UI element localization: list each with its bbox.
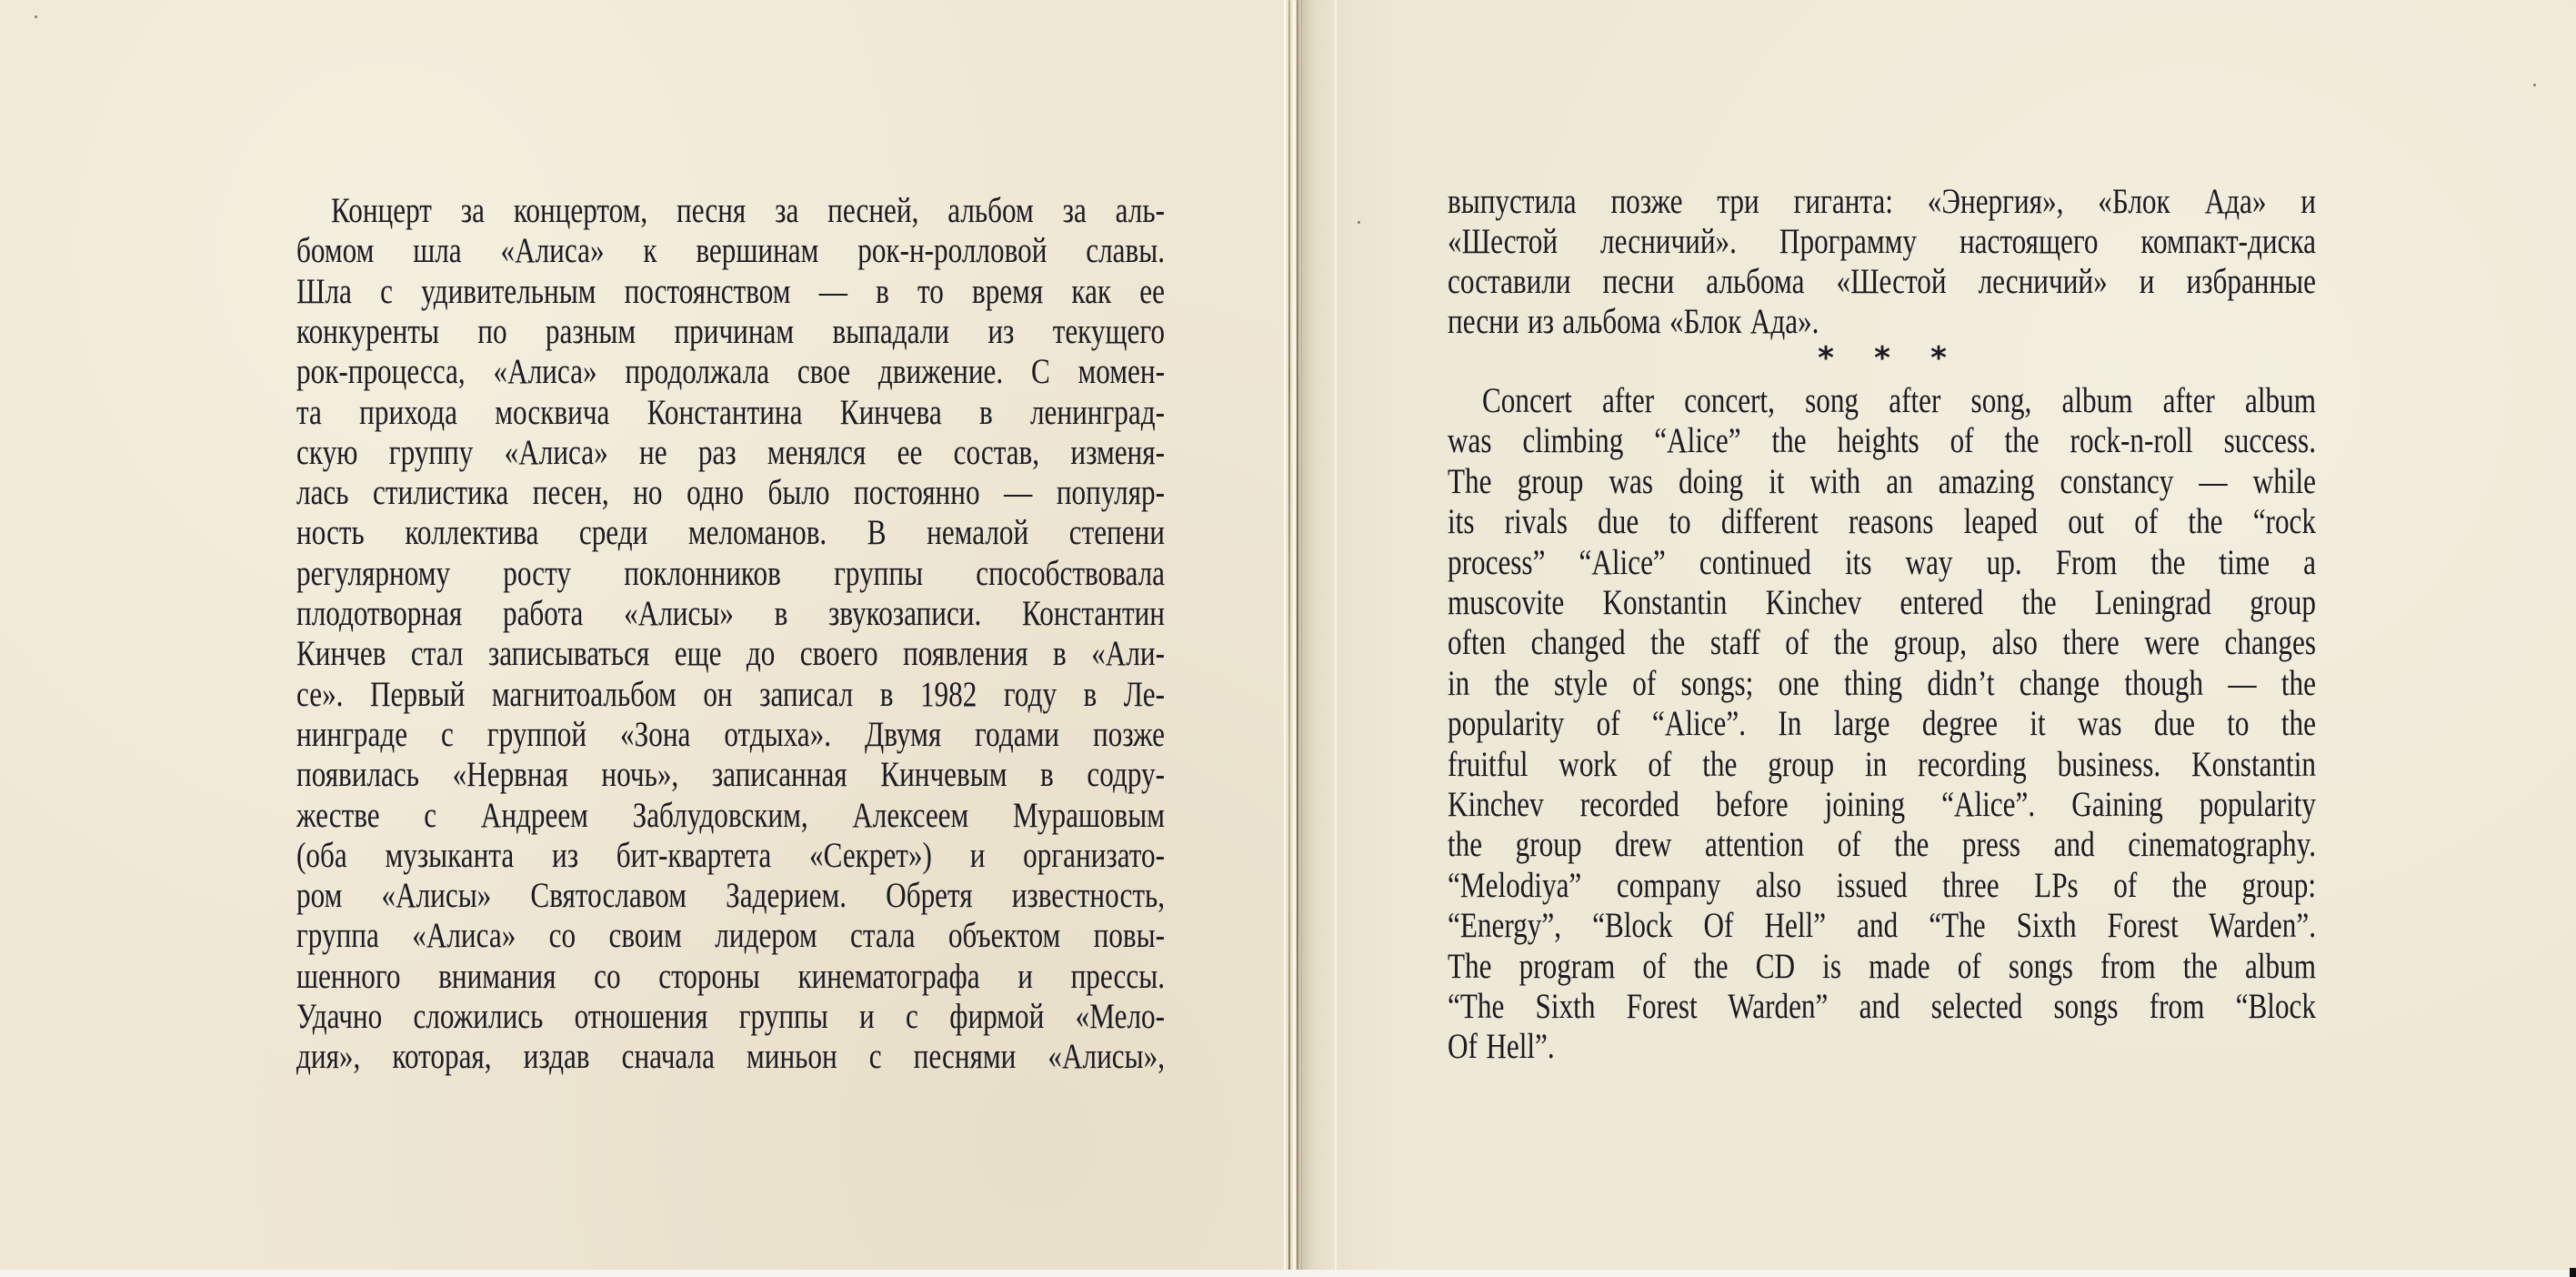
text-line-content: Кинчев стал записываться еще до своего п…: [296, 631, 1165, 677]
text-line: Шла с удивительным постоянством — в то в…: [296, 269, 1165, 315]
scan-bottom-edge: [0, 1270, 2576, 1277]
text-line: Of Hell”.: [1448, 1024, 2316, 1070]
paper-speck: [2533, 84, 2536, 86]
text-line: in the style of songs; one thing didn’t …: [1448, 661, 2316, 707]
text-line-content: скую группу «Алиса» не раз менялся ее со…: [296, 430, 1165, 476]
english-paragraph: Concert after concert, song after song, …: [1448, 0, 2316, 1273]
text-line: лась стилистика песен, но одно было пост…: [296, 470, 1165, 516]
crease-highlight: [1293, 0, 1296, 1270]
text-line-content: often changed the staff of the group, al…: [1448, 620, 2316, 666]
left-russian-paragraph: Концерт за концертом, песня за песней, а…: [296, 0, 1165, 1273]
text-line: та прихода москвича Константина Кинчева …: [296, 390, 1165, 436]
center-fold-crease: [1273, 0, 1315, 1270]
crease-highlight: [1284, 0, 1286, 1270]
paper-speck: [2219, 557, 2221, 559]
text-line: Кинчев стал записываться еще до своего п…: [296, 631, 1165, 677]
text-line: скую группу «Алиса» не раз менялся ее со…: [296, 430, 1165, 476]
text-line-content: ность коллектива среди меломанов. В нема…: [296, 510, 1165, 556]
text-line-content: Concert after concert, song after song, …: [1448, 378, 2316, 424]
text-line-content: жестве с Андреем Заблудовским, Алексеем …: [296, 793, 1165, 839]
text-line: группа «Алиса» со своим лидером стала об…: [296, 913, 1165, 959]
text-line: Удачно сложились отношения группы и с фи…: [296, 994, 1165, 1040]
text-line: its rivals due to different reasons leap…: [1448, 499, 2316, 545]
text-line-content: “Melodiya” company also issued three LPs…: [1448, 863, 2316, 909]
text-line-content: Удачно сложились отношения группы и с фи…: [296, 994, 1165, 1040]
text-line-content: лась стилистика песен, но одно было пост…: [296, 470, 1165, 516]
crease-wrinkle: [1335, 0, 1337, 1270]
text-line: often changed the staff of the group, al…: [1448, 620, 2316, 666]
text-line-content: группа «Алиса» со своим лидером стала об…: [296, 913, 1165, 959]
text-line: плодотворная работа «Алисы» в звукозапис…: [296, 591, 1165, 637]
text-line: “Melodiya” company also issued three LPs…: [1448, 863, 2316, 909]
text-line-content: та прихода москвича Константина Кинчева …: [296, 390, 1165, 436]
text-line-content: its rivals due to different reasons leap…: [1448, 499, 2316, 545]
text-line-content: рок-процесса, «Алиса» продолжала свое дв…: [296, 349, 1165, 395]
text-line-content: нинграде с группой «Зона отдыха». Двумя …: [296, 712, 1165, 758]
text-line: popularity of “Alice”. In large degree i…: [1448, 701, 2316, 747]
text-line: появилась «Нервная ночь», записанная Кин…: [296, 752, 1165, 798]
text-line-content: in the style of songs; one thing didn’t …: [1448, 661, 2316, 707]
text-line-content: плодотворная работа «Алисы» в звукозапис…: [296, 591, 1165, 637]
text-line: жестве с Андреем Заблудовским, Алексеем …: [296, 793, 1165, 839]
text-line: Concert after concert, song after song, …: [1448, 378, 2316, 424]
text-line-content: появилась «Нервная ночь», записанная Кин…: [296, 752, 1165, 798]
text-line: бомом шла «Алиса» к вершинам рок-н-ролло…: [296, 228, 1165, 274]
text-line-content: The group was doing it with an amazing c…: [1448, 459, 2316, 505]
text-line: “The Sixth Forest Warden” and selected s…: [1448, 984, 2316, 1030]
text-line: се». Первый магнитоальбом он записал в 1…: [296, 672, 1165, 718]
text-line: шенного внимания со стороны кинематограф…: [296, 954, 1165, 1000]
text-line-content: popularity of “Alice”. In large degree i…: [1448, 701, 2316, 747]
text-line-content: Kinchev recorded before joining “Alice”.…: [1448, 782, 2316, 828]
scan-corner-mark: [2570, 1268, 2576, 1277]
text-line: The program of the CD is made of songs f…: [1448, 944, 2316, 990]
text-line: The group was doing it with an amazing c…: [1448, 459, 2316, 505]
text-line: дия», которая, издав сначала миньон с пе…: [296, 1034, 1165, 1080]
text-line: process” “Alice” continued its way up. F…: [1448, 540, 2316, 586]
paper-speck: [449, 982, 452, 985]
text-line-content: се». Первый магнитоальбом он записал в 1…: [296, 672, 1165, 718]
crease-line: [1288, 0, 1290, 1270]
text-line: нинграде с группой «Зона отдыха». Двумя …: [296, 712, 1165, 758]
crease-shadow: [1298, 0, 1315, 1270]
text-line: рок-процесса, «Алиса» продолжала свое дв…: [296, 349, 1165, 395]
text-line: ром «Алисы» Святославом Задерием. Обретя…: [296, 873, 1165, 919]
text-line-content: конкуренты по разным причинам выпадали и…: [296, 309, 1165, 355]
text-line-content: fruitful work of the group in recording …: [1448, 742, 2316, 788]
text-line-content: регулярному росту поклонников группы спо…: [296, 551, 1165, 597]
text-line: “Energy”, “Block Of Hell” and “The Sixth…: [1448, 903, 2316, 949]
text-line: регулярному росту поклонников группы спо…: [296, 551, 1165, 597]
text-line-content: the group drew attention of the press an…: [1448, 822, 2316, 868]
text-line-content: ром «Алисы» Святославом Задерием. Обретя…: [296, 873, 1165, 919]
text-line: (оба музыканта из бит-квартета «Секрет»)…: [296, 833, 1165, 879]
text-line-content: Шла с удивительным постоянством — в то в…: [296, 269, 1165, 315]
text-line: was climbing “Alice” the heights of the …: [1448, 418, 2316, 464]
text-line-content: бомом шла «Алиса» к вершинам рок-н-ролло…: [296, 228, 1165, 274]
text-line-content: дия», которая, издав сначала миньон с пе…: [296, 1034, 1165, 1080]
paper-speck: [35, 15, 37, 18]
text-line-content: Of Hell”.: [1448, 1024, 2316, 1070]
text-line-content: “Energy”, “Block Of Hell” and “The Sixth…: [1448, 903, 2316, 949]
text-line-content: process” “Alice” continued its way up. F…: [1448, 540, 2316, 586]
text-line-content: muscovite Konstantin Kinchev entered the…: [1448, 580, 2316, 626]
text-line-content: (оба музыканта из бит-квартета «Секрет»)…: [296, 833, 1165, 879]
text-line: fruitful work of the group in recording …: [1448, 742, 2316, 788]
text-line-content: “The Sixth Forest Warden” and selected s…: [1448, 984, 2316, 1030]
text-line: конкуренты по разным причинам выпадали и…: [296, 309, 1165, 355]
text-line-content: was climbing “Alice” the heights of the …: [1448, 418, 2316, 464]
text-line: ность коллектива среди меломанов. В нема…: [296, 510, 1165, 556]
text-line: muscovite Konstantin Kinchev entered the…: [1448, 580, 2316, 626]
text-line-content: Концерт за концертом, песня за песней, а…: [296, 188, 1165, 234]
text-line: Концерт за концертом, песня за песней, а…: [296, 188, 1165, 234]
text-line: Kinchev recorded before joining “Alice”.…: [1448, 782, 2316, 828]
text-line-content: The program of the CD is made of songs f…: [1448, 944, 2316, 990]
text-line-content: шенного внимания со стороны кинематограф…: [296, 954, 1165, 1000]
text-line: the group drew attention of the press an…: [1448, 822, 2316, 868]
paper-speck: [1358, 221, 1360, 224]
